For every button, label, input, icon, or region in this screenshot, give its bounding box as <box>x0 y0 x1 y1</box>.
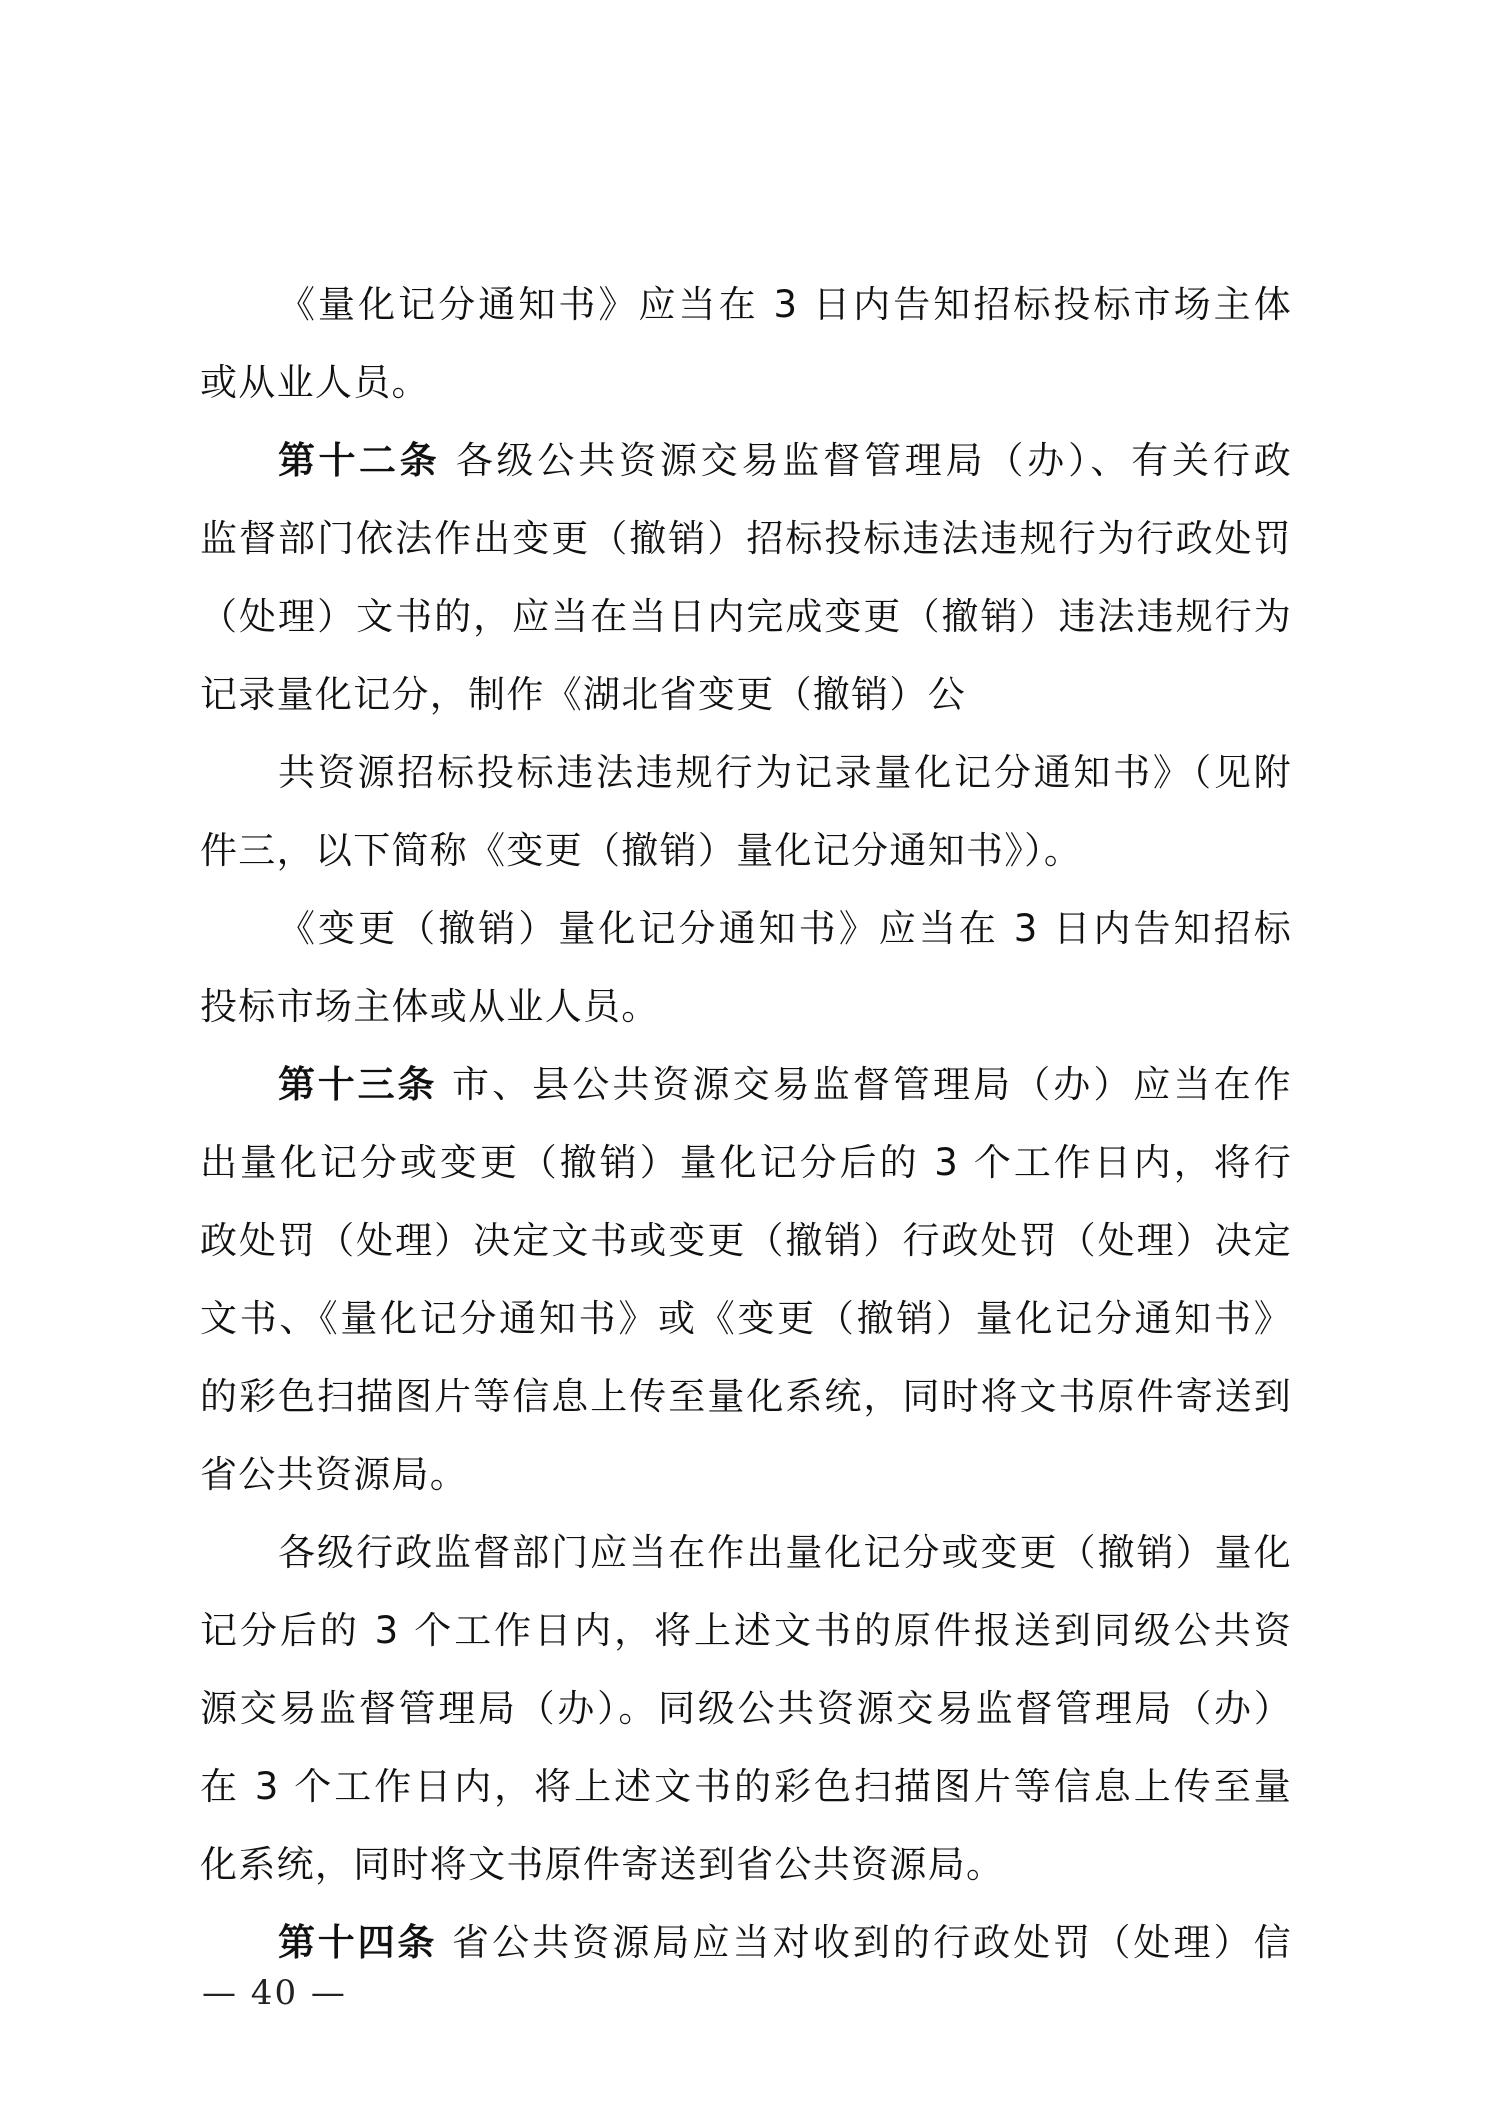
article-number: 第十三条 <box>278 1063 437 1106</box>
paragraph-line: 记录量化记分，制作《湖北省变更（撤销）公 <box>200 665 1292 725</box>
line-text: 或从业人员。 <box>200 361 430 404</box>
line-text: 省公共资源局。 <box>200 1453 468 1496</box>
line-text: 化系统，同时将文书原件寄送到省公共资源局。 <box>200 1843 1004 1886</box>
line-text: 文书、《量化记分通知书》或《变更（撤销）量化记分通知书》 <box>200 1297 1292 1340</box>
paragraph-line: 或从业人员。 <box>200 353 1292 413</box>
line-text: 记分后的 3 个工作日内，将上述文书的原件报送到同级公共资 <box>200 1609 1292 1652</box>
line-text: 《量化记分通知书》应当在 3 日内告知招标投标市场主体 <box>278 283 1292 326</box>
line-text: 共资源招标投标违法违规行为记录量化记分通知书》（见附 <box>278 751 1292 794</box>
line-text: 出量化记分或变更（撤销）量化记分后的 3 个工作日内，将行 <box>200 1141 1292 1184</box>
line-text: 政处罚（处理）决定文书或变更（撤销）行政处罚（处理）决定 <box>200 1219 1292 1262</box>
line-text: 在 3 个工作日内，将上述文书的彩色扫描图片等信息上传至量 <box>200 1765 1292 1808</box>
line-text: 投标市场主体或从业人员。 <box>200 985 660 1028</box>
paragraph-line: 在 3 个工作日内，将上述文书的彩色扫描图片等信息上传至量 <box>200 1757 1292 1817</box>
line-text: 省公共资源局应当对收到的行政处罚（处理）信 <box>437 1921 1292 1964</box>
article-number: 第十四条 <box>278 1921 437 1964</box>
line-text: 市、县公共资源交易监督管理局（办）应当在作 <box>437 1063 1292 1106</box>
article-12-heading-line: 第十二条 各级公共资源交易监督管理局（办）、有关行政 <box>278 431 1292 491</box>
paragraph-line: 共资源招标投标违法违规行为记录量化记分通知书》（见附 <box>278 743 1292 803</box>
line-text: 《变更（撤销）量化记分通知书》应当在 3 日内告知招标 <box>278 907 1292 950</box>
line-text: 各级公共资源交易监督管理局（办）、有关行政 <box>440 439 1292 482</box>
line-text: 记录量化记分，制作《湖北省变更（撤销）公 <box>200 673 966 716</box>
line-text: 件三，以下简称《变更（撤销）量化记分通知书》）。 <box>200 829 1082 872</box>
paragraph-line: 出量化记分或变更（撤销）量化记分后的 3 个工作日内，将行 <box>200 1133 1292 1193</box>
paragraph-line: 件三，以下简称《变更（撤销）量化记分通知书》）。 <box>200 821 1292 881</box>
line-text: （处理）文书的，应当在当日内完成变更（撤销）违法违规行为 <box>200 595 1292 638</box>
paragraph-line: （处理）文书的，应当在当日内完成变更（撤销）违法违规行为 <box>200 587 1292 647</box>
paragraph-line: 监督部门依法作出变更（撤销）招标投标违法违规行为行政处罚 <box>200 509 1292 569</box>
paragraph-line: 源交易监督管理局（办）。同级公共资源交易监督管理局（办） <box>200 1679 1292 1739</box>
paragraph-line: 省公共资源局。 <box>200 1445 1292 1505</box>
page-number: — 40 — <box>202 1968 347 2018</box>
paragraph-line: 各级行政监督部门应当在作出量化记分或变更（撤销）量化 <box>278 1523 1292 1583</box>
paragraph-line: 文书、《量化记分通知书》或《变更（撤销）量化记分通知书》 <box>200 1289 1292 1349</box>
line-text: 各级行政监督部门应当在作出量化记分或变更（撤销）量化 <box>278 1531 1292 1574</box>
paragraph-line: 的彩色扫描图片等信息上传至量化系统，同时将文书原件寄送到 <box>200 1367 1292 1427</box>
article-13-heading-line: 第十三条 市、县公共资源交易监督管理局（办）应当在作 <box>278 1055 1292 1115</box>
paragraph-line: 《量化记分通知书》应当在 3 日内告知招标投标市场主体 <box>278 275 1292 335</box>
paragraph-line: 《变更（撤销）量化记分通知书》应当在 3 日内告知招标 <box>278 899 1292 959</box>
paragraph-line: 政处罚（处理）决定文书或变更（撤销）行政处罚（处理）决定 <box>200 1211 1292 1271</box>
article-14-heading-line: 第十四条 省公共资源局应当对收到的行政处罚（处理）信 <box>278 1913 1292 1973</box>
line-text: 源交易监督管理局（办）。同级公共资源交易监督管理局（办） <box>200 1687 1292 1730</box>
article-number: 第十二条 <box>278 439 440 482</box>
paragraph-line: 记分后的 3 个工作日内，将上述文书的原件报送到同级公共资 <box>200 1601 1292 1661</box>
line-text: 监督部门依法作出变更（撤销）招标投标违法违规行为行政处罚 <box>200 517 1292 560</box>
line-text: 的彩色扫描图片等信息上传至量化系统，同时将文书原件寄送到 <box>200 1375 1292 1418</box>
paragraph-line: 投标市场主体或从业人员。 <box>200 977 1292 1037</box>
paragraph-line: 化系统，同时将文书原件寄送到省公共资源局。 <box>200 1835 1292 1895</box>
document-page: 《量化记分通知书》应当在 3 日内告知招标投标市场主体 或从业人员。 第十二条 … <box>0 0 1488 2104</box>
